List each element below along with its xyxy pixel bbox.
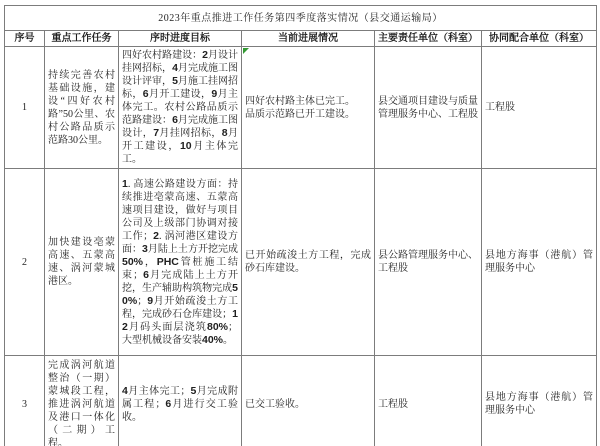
table-row: 2 加快建设亳蒙高速、五蒙高速、涡河蒙城港区。 1. 高速公路建设方面：持续推进… bbox=[5, 169, 597, 356]
cell-row-number: 2 bbox=[5, 169, 45, 356]
cell-target: 四好农村路建设：2月设计挂网招标，4月完成施工图设计评审，5月施工挂网招标，6月… bbox=[119, 47, 242, 169]
cell-row-number: 3 bbox=[5, 356, 45, 446]
cell-progress: 已开始疏浚土方工程，完成砂石库建设。 bbox=[242, 169, 375, 356]
cell-corner-flag bbox=[243, 48, 249, 54]
table-row: 3 完成涡河航道整治（一期）蒙城段工程，推进涡河航道及港口一体化（二期）工程。 … bbox=[5, 356, 597, 446]
table-row: 1 持续完善农村基础设施，建设“四好农村路”50公里、农村公路品质示范路30公里… bbox=[5, 47, 597, 169]
cell-target: 1. 高速公路建设方面：持续推进亳蒙高速、五蒙高速项目建设，做好与项目公司及上级… bbox=[119, 169, 242, 356]
cell-row-number: 1 bbox=[5, 47, 45, 169]
header-responsible: 主要责任单位（科室） bbox=[375, 31, 482, 47]
cell-target: 4月主体完工；5月完成附属工程；6月进行交工验收。 bbox=[119, 356, 242, 446]
header-row: 序号 重点工作任务 序时进度目标 当前进展情况 主要责任单位（科室） 协同配合单… bbox=[5, 31, 597, 47]
report-page: 2023年重点推进工作任务第四季度落实情况（县交通运输局） 序号 重点工作任务 … bbox=[0, 0, 600, 446]
cell-responsible: 县公路管理服务中心、工程股 bbox=[375, 169, 482, 356]
cell-cooperating: 工程股 bbox=[482, 47, 597, 169]
cell-task: 完成涡河航道整治（一期）蒙城段工程，推进涡河航道及港口一体化（二期）工程。 bbox=[45, 356, 119, 446]
title-row: 2023年重点推进工作任务第四季度落实情况（县交通运输局） bbox=[5, 6, 597, 31]
cell-responsible: 县交通项目建设与质量管理服务中心、工程股 bbox=[375, 47, 482, 169]
header-cooperating: 协同配合单位（科室） bbox=[482, 31, 597, 47]
cell-responsible: 工程股 bbox=[375, 356, 482, 446]
header-progress: 当前进展情况 bbox=[242, 31, 375, 47]
cell-cooperating: 县地方海事（港航）管理服务中心 bbox=[482, 169, 597, 356]
cell-task: 持续完善农村基础设施，建设“四好农村路”50公里、农村公路品质示范路30公里。 bbox=[45, 47, 119, 169]
header-target: 序时进度目标 bbox=[119, 31, 242, 47]
cell-task: 加快建设亳蒙高速、五蒙高速、涡河蒙城港区。 bbox=[45, 169, 119, 356]
cell-progress: 四好农村路主体已完工。 品质示范路已开工建设。 bbox=[242, 47, 375, 169]
cell-cooperating: 县地方海事（港航）管理服务中心 bbox=[482, 356, 597, 446]
header-index: 序号 bbox=[5, 31, 45, 47]
quarterly-report-table: 2023年重点推进工作任务第四季度落实情况（县交通运输局） 序号 重点工作任务 … bbox=[4, 5, 597, 446]
header-task: 重点工作任务 bbox=[45, 31, 119, 47]
page-title: 2023年重点推进工作任务第四季度落实情况（县交通运输局） bbox=[5, 6, 597, 31]
cell-progress: 已交工验收。 bbox=[242, 356, 375, 446]
